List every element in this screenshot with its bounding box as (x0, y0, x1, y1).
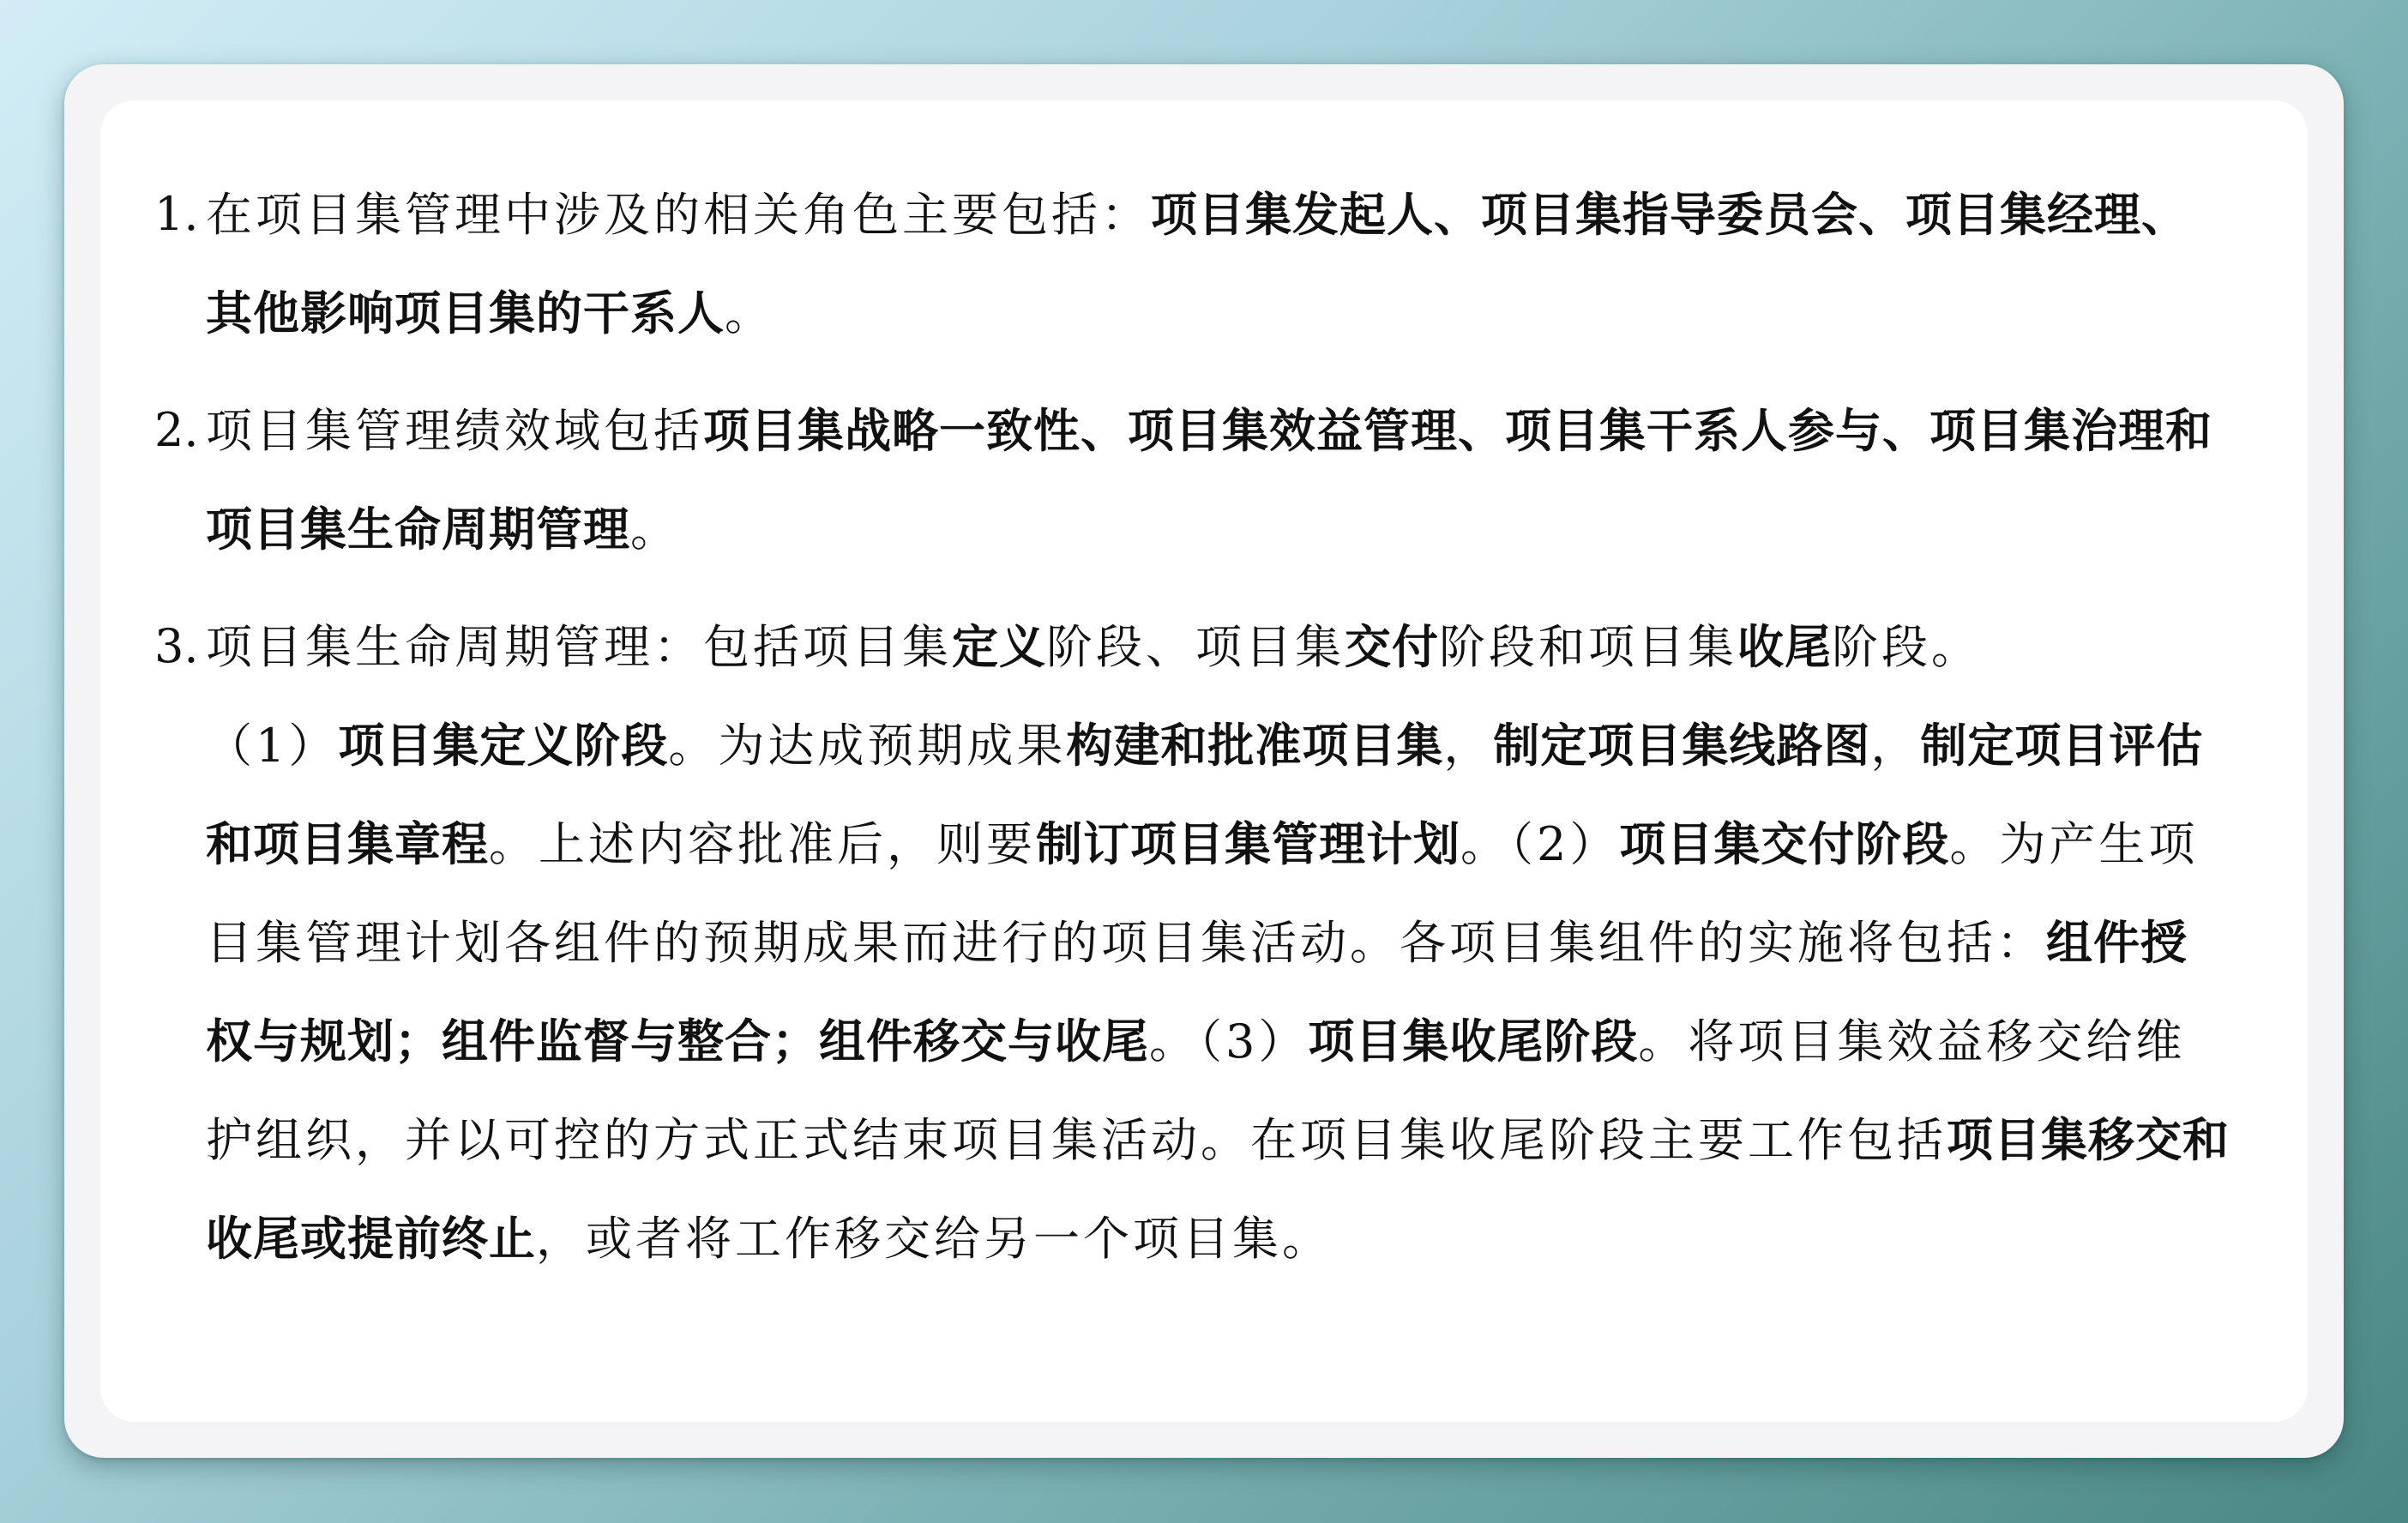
item-text: 阶段和项目集 (1439, 620, 1737, 674)
detail-emphasis: 项目集定义阶段 (338, 718, 668, 773)
detail-text: 。上述内容批准后，则要 (489, 817, 1036, 871)
outer-card: 1. 在项目集管理中涉及的相关角色主要包括：项目集发起人、项目集指导委员会、项目… (64, 64, 2344, 1458)
list-item-lifecycle: 3. 项目集生命周期管理：包括项目集定义阶段、项目集交付阶段和项目集收尾阶段。 … (154, 598, 2230, 1288)
detail-text: 。（2） (1460, 817, 1619, 871)
lifecycle-detail-paragraph: （1）项目集定义阶段。为达成预期成果构建和批准项目集，制定项目集线路图，制定项目… (206, 696, 2230, 1288)
item-text: 项目集管理绩效域包括 (206, 404, 703, 458)
item-text: 在项目集管理中涉及的相关角色主要包括： (206, 188, 1151, 242)
item-text: 阶段、项目集 (1046, 620, 1345, 674)
detail-emphasis: 项目集收尾阶段 (1308, 1014, 1638, 1069)
detail-text: ，或者将工作移交给另一个项目集。 (536, 1212, 1332, 1266)
item-text: 阶段。 (1832, 620, 1981, 674)
list-item-performance-domains: 2. 项目集管理绩效域包括项目集战略一致性、项目集效益管理、项目集干系人参与、项… (154, 382, 2230, 579)
document-content: 1. 在项目集管理中涉及的相关角色主要包括：项目集发起人、项目集指导委员会、项目… (154, 166, 2230, 1307)
item-text: 项目集生命周期管理：包括项目集 (206, 620, 952, 674)
item-emphasis: 收尾 (1737, 619, 1832, 674)
detail-emphasis: 制定项目集线路图 (1493, 718, 1870, 773)
detail-emphasis: 构建和批准项目集 (1066, 718, 1443, 773)
detail-emphasis: 制订项目集管理计划 (1036, 816, 1460, 871)
list-item-roles: 1. 在项目集管理中涉及的相关角色主要包括：项目集发起人、项目集指导委员会、项目… (154, 166, 2230, 363)
sub-number: （1） (206, 719, 338, 773)
item-emphasis: 交付 (1345, 619, 1439, 674)
detail-text: ， (1870, 719, 1920, 773)
detail-text: ， (1443, 719, 1493, 773)
item-text: 。 (630, 503, 680, 557)
content-card: 1. 在项目集管理中涉及的相关角色主要包括：项目集发起人、项目集指导委员会、项目… (100, 100, 2308, 1422)
item-emphasis: 定义 (952, 619, 1046, 674)
detail-emphasis: 项目集交付阶段 (1619, 816, 1949, 871)
detail-text: 。（3） (1149, 1014, 1308, 1069)
item-number: 2. (154, 382, 199, 479)
detail-text: 。为达成预期成果 (668, 719, 1066, 773)
item-number: 1. (154, 166, 199, 263)
item-number: 3. (154, 598, 199, 695)
item-text: 。 (725, 286, 774, 340)
